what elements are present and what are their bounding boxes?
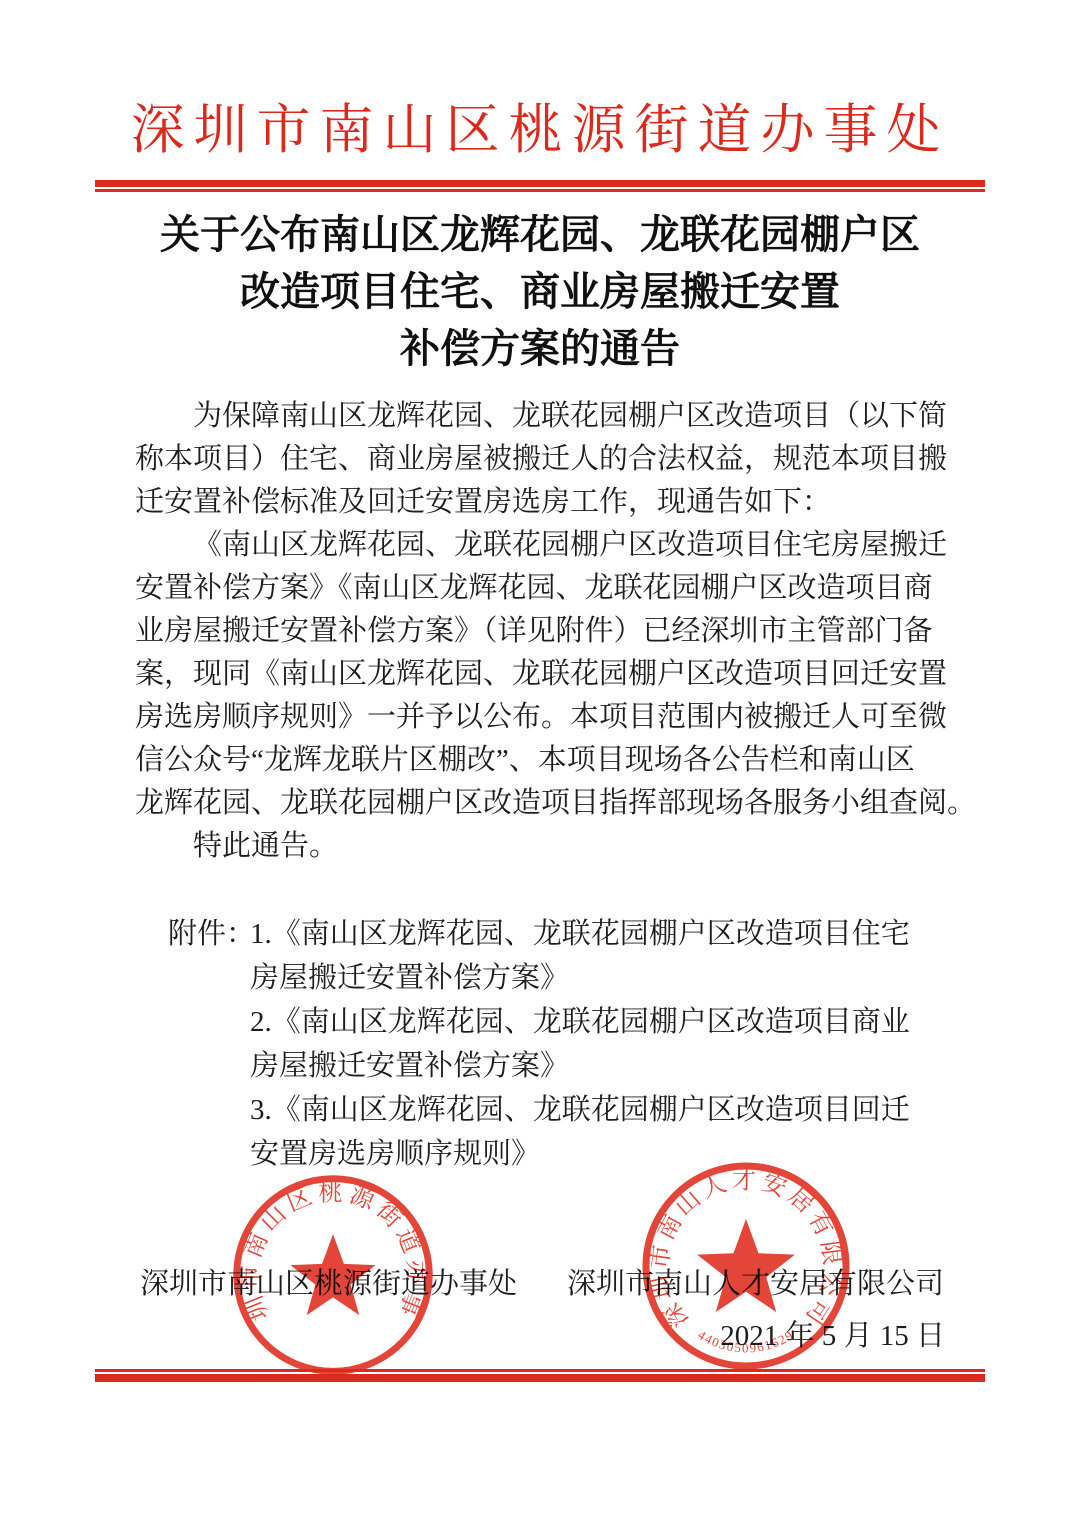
star-icon [290,1234,375,1315]
official-notice-page: 深圳市南山区桃源街道办事处 关于公布南山区龙辉花园、龙联花园棚户区 改造项目住宅… [0,0,1080,1528]
document-title-line: 补偿方案的通告 [0,320,1080,377]
attachment-line: 房屋搬迁安置补偿方案》 [168,1044,968,1088]
official-seal-left: 深圳市南山区桃源街道办事处 [226,1168,440,1382]
document-title-line: 改造项目住宅、商业房屋搬迁安置 [0,263,1080,320]
body-line: 特此通告。 [135,825,975,868]
body-line: 安置补偿方案》《南山区龙辉花园、龙联花园棚户区改造项目商 [135,567,975,610]
body-line: 案，现同《南山区龙辉花园、龙联花园棚户区改造项目回迁安置 [135,653,975,696]
attachment-item-1: 1.《南山区龙辉花园、龙联花园棚户区改造项目住宅 [250,918,910,950]
body-line: 称本项目）住宅、商业房屋被搬迁人的合法权益，规范本项目搬 [135,438,975,481]
attachments-list: 附件：1.《南山区龙辉花园、龙联花园棚户区改造项目住宅 房屋搬迁安置补偿方案》 … [168,912,968,1176]
body-line: 龙辉花园、龙联花园棚户区改造项目指挥部现场各服务小组查阅。 [135,782,975,825]
body-line: 信公众号“龙辉龙联片区棚改”、本项目现场各公告栏和南山区 [135,739,975,782]
seal-serial: 4403050961629 [695,1327,796,1355]
header-divider-line [95,180,985,192]
body-line: 业房屋搬迁安置补偿方案》（详见附件）已经深圳市主管部门备 [135,610,975,653]
seal-graphic: 深圳市南山人才安居有限公司 4403050961629 [636,1156,856,1376]
attachment-item-3: 3.《南山区龙辉花园、龙联花园棚户区改造项目回迁 [168,1088,968,1132]
body-line: 《南山区龙辉花园、龙联花园棚户区改造项目住宅房屋搬迁 [135,524,975,567]
body-line: 为保障南山区龙辉花园、龙联花园棚户区改造项目（以下简 [135,395,975,438]
seal-graphic: 深圳市南山区桃源街道办事处 [226,1168,440,1382]
attachments-label: 附件： [168,912,250,956]
body-line: 迁安置补偿标准及回迁安置房选房工作，现通告如下： [135,481,975,524]
letterhead-title: 深圳市南山区桃源街道办事处 [0,98,1080,163]
document-title: 关于公布南山区龙辉花园、龙联花园棚户区 改造项目住宅、商业房屋搬迁安置 补偿方案… [0,206,1080,377]
notice-body: 为保障南山区龙辉花园、龙联花园棚户区改造项目（以下简 称本项目）住宅、商业房屋被… [135,395,975,868]
attachment-item-2: 2.《南山区龙辉花园、龙联花园棚户区改造项目商业 [168,1000,968,1044]
body-line: 房选房顺序规则》一并予以公布。本项目范围内被搬迁人可至微 [135,696,975,739]
attachment-line: 房屋搬迁安置补偿方案》 [168,956,968,1000]
star-icon [697,1219,795,1312]
official-seal-right: 深圳市南山人才安居有限公司 4403050961629 [636,1156,856,1376]
footer-divider-line [95,1369,985,1382]
document-title-line: 关于公布南山区龙辉花园、龙联花园棚户区 [0,206,1080,263]
attachment-line: 附件：1.《南山区龙辉花园、龙联花园棚户区改造项目住宅 [168,912,968,956]
